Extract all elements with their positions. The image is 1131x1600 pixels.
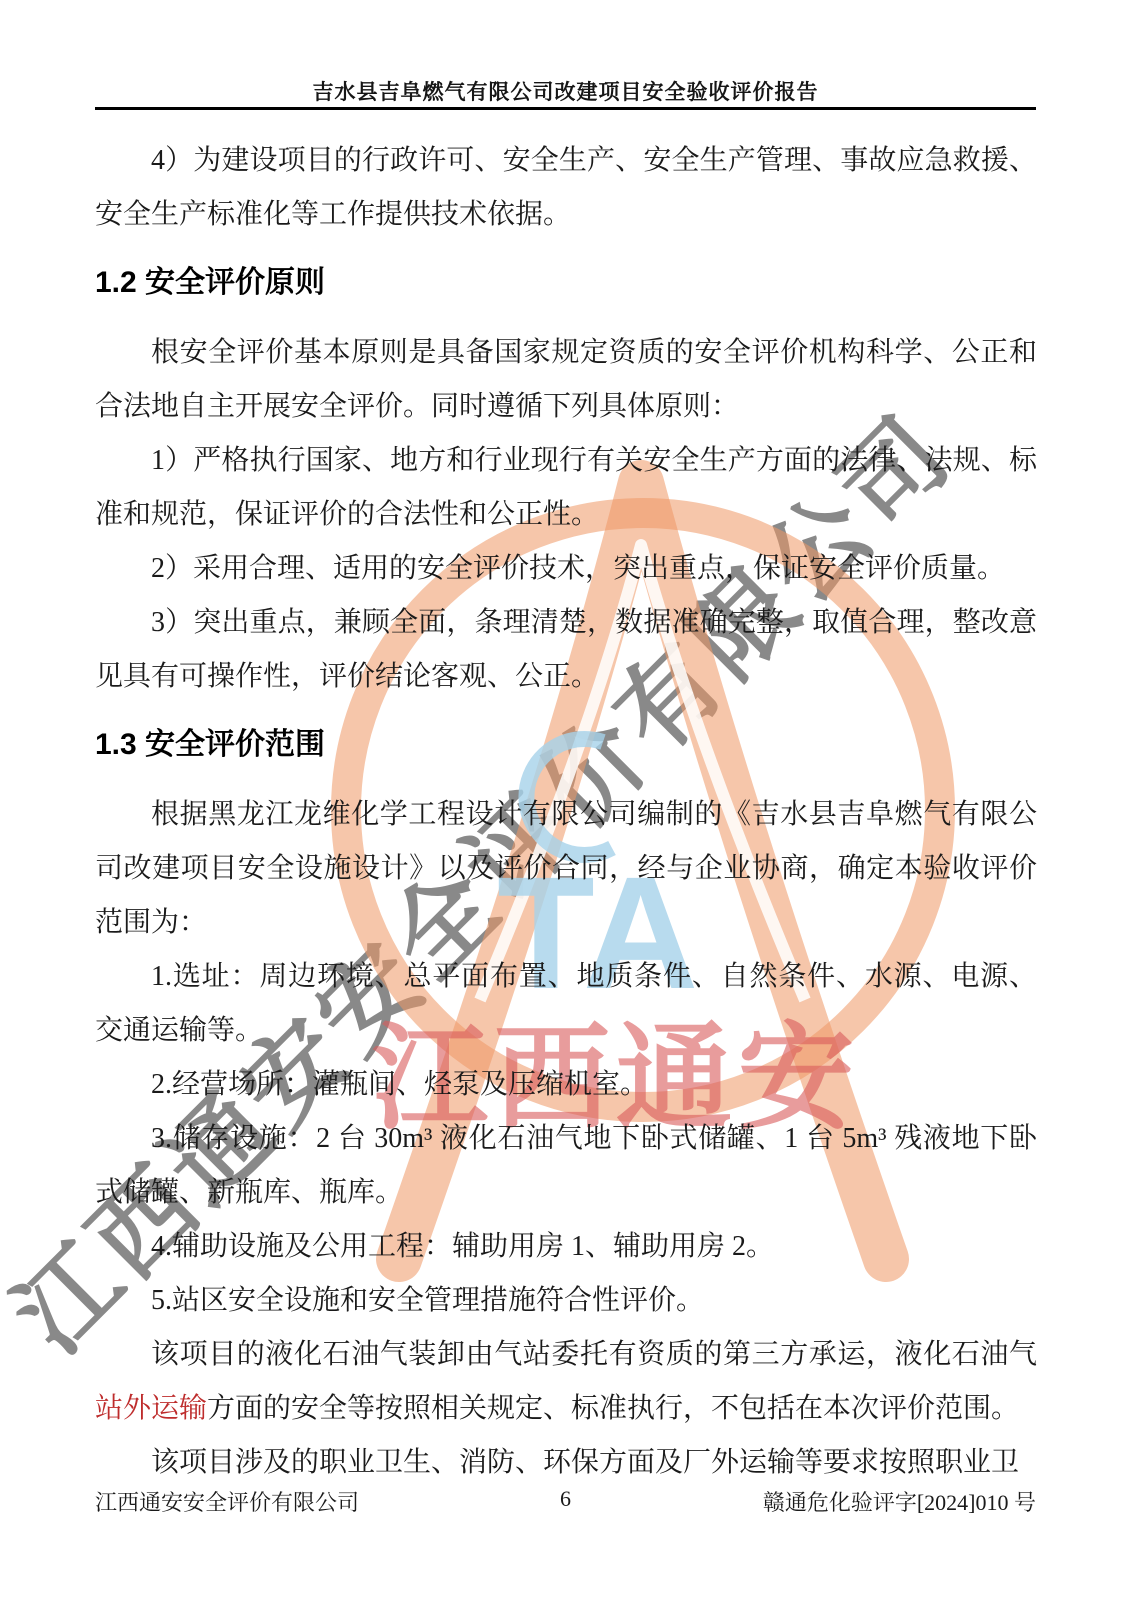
page-footer: 江西通安安全评价有限公司 6 赣通危化验评字[2024]010 号 [95,1486,1036,1520]
paragraph: 1.选址：周边环境、总平面布置、地质条件、自然条件、水源、电源、交通运输等。 [95,950,1037,1058]
section-heading-1-2: 1.2 安全评价原则 [95,256,1037,310]
section-heading-1-3: 1.3 安全评价范围 [95,718,1037,772]
paragraph-text: 该项目的液化石油气装卸由气站委托有资质的第三方承运，液化石油气 [151,1339,1037,1370]
paragraph-text: 方面的安全等按照相关规定、标准执行，不包括在本次评价范围。 [207,1393,1019,1424]
paragraph: 2）采用合理、适用的安全评价技术，突出重点，保证安全评价质量。 [95,542,1037,596]
document-body: 4）为建设项目的行政许可、安全生产、安全生产管理、事故应急救援、安全生产标准化等… [95,134,1037,1490]
paragraph: 3）突出重点，兼顾全面，条理清楚，数据准确完整，取值合理，整改意见具有可操作性，… [95,596,1037,704]
paragraph: 2.经营场所：灌瓶间、烃泵及压缩机室。 [95,1058,1037,1112]
paragraph: 4.辅助设施及公用工程：辅助用房 1、辅助用房 2。 [95,1220,1037,1274]
report-page: 江西通安安全评价有限公司 TA 江西通安 吉水县吉阜燃气有限公司改建项目安全验收… [0,0,1131,1600]
paragraph: 5.站区安全设施和安全管理措施符合性评价。 [95,1274,1037,1328]
paragraph: 3.储存设施：2 台 30m³ 液化石油气地下卧式储罐、1 台 5m³ 残液地下… [95,1112,1037,1220]
red-highlight-term: 站外运输 [95,1393,207,1424]
paragraph-with-red-term: 该项目的液化石油气装卸由气站委托有资质的第三方承运，液化石油气站外运输方面的安全… [95,1328,1037,1436]
paragraph: 根安全评价基本原则是具备国家规定资质的安全评价机构科学、公正和合法地自主开展安全… [95,326,1037,434]
paragraph: 该项目涉及的职业卫生、消防、环保方面及厂外运输等要求按照职业卫 [95,1436,1037,1490]
header-rule [95,107,1036,110]
paragraph: 1）严格执行国家、地方和行业现行有关安全生产方面的法律、法规、标准和规范，保证评… [95,434,1037,542]
footer-doc-number: 赣通危化验评字[2024]010 号 [763,1486,1036,1517]
running-head-title: 吉水县吉阜燃气有限公司改建项目安全验收评价报告 [95,76,1036,106]
paragraph: 根据黑龙江龙维化学工程设计有限公司编制的《吉水县吉阜燃气有限公司改建项目安全设施… [95,788,1037,950]
paragraph: 4）为建设项目的行政许可、安全生产、安全生产管理、事故应急救援、安全生产标准化等… [95,134,1037,242]
